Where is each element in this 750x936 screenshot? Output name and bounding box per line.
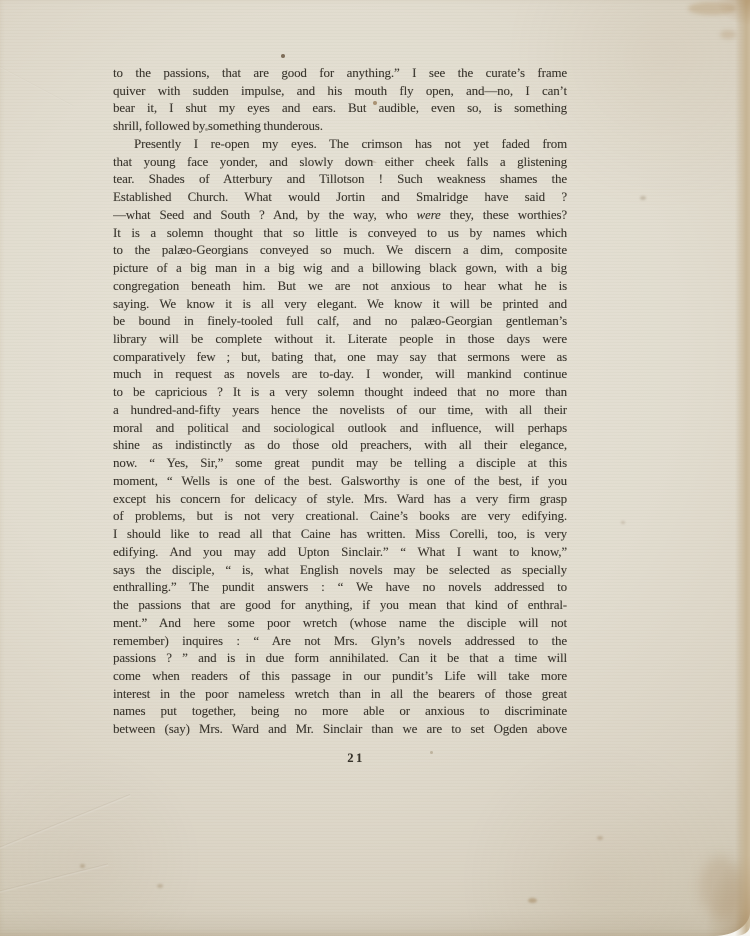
text-line: says the disciple, “ is, what English no… (113, 562, 567, 580)
book-page-scan: to the passions, that are good for anyth… (0, 0, 750, 936)
text-line: be bound in finely-tooled full calf, and… (113, 313, 567, 331)
paper-stain (157, 884, 163, 888)
paper-crease (0, 864, 109, 896)
text-line: come when readers of this passage in our… (113, 668, 567, 686)
text-line: ment.” And here some poor wretch (whose … (113, 615, 567, 633)
text-line: to the palæo-Georgians conveyed so much.… (113, 242, 567, 260)
text-line: bear it, I shut my eyes and ears. But au… (113, 100, 567, 118)
text-line: shine as indistinctly as do those old pr… (113, 437, 567, 455)
text-line: a hundred-and-fifty years hence the nove… (113, 402, 567, 420)
text-line: quiver with sudden impulse, and his mout… (113, 83, 567, 101)
text-segment: —what Seed and South ? And, by the way, … (113, 208, 417, 222)
text-segment: they, these worthies? (441, 208, 567, 222)
paper-crease (0, 63, 73, 107)
paper-stain (528, 898, 537, 903)
text-line: picture of a big man in a big wig and a … (113, 260, 567, 278)
text-line: edifying. And you may add Upton Sinclair… (113, 544, 567, 562)
text-line: library will be complete without it. Lit… (113, 331, 567, 349)
text-line: Established Church. What would Jortin an… (113, 189, 567, 207)
text-line: names put together, being no more able o… (113, 703, 567, 721)
paper-stain (80, 864, 85, 868)
text-line: saying. We know it is all very elegant. … (113, 296, 567, 314)
book-page: to the passions, that are good for anyth… (0, 0, 750, 936)
text-line: I should like to read all that Caine has… (113, 526, 567, 544)
text-line: between (say) Mrs. Ward and Mr. Sinclair… (113, 721, 567, 739)
text-line: now. “ Yes, Sir,” some great pundit may … (113, 455, 567, 473)
text-line: tear. Shades of Atterbury and Tillotson … (113, 171, 567, 189)
paper-stain (281, 54, 285, 58)
text-line: much in request as novels are to-day. I … (113, 366, 567, 384)
text-line: of problems, but is not very creational.… (113, 508, 567, 526)
text-line: enthralling.” The pundit answers : “ We … (113, 579, 567, 597)
page-edge (735, 0, 750, 936)
text-line: remember) inquires : “ Are not Mrs. Glyn… (113, 633, 567, 651)
text-line: shrill, followed by something thunderous… (113, 118, 567, 136)
text-line: that young face yonder, and slowly down … (113, 154, 567, 172)
text-line: congregation beneath him. But we are not… (113, 278, 567, 296)
text-line: —what Seed and South ? And, by the way, … (113, 207, 567, 225)
text-line: passions ? ” and is in due form annihila… (113, 650, 567, 668)
text-line: except his concern for delicacy of style… (113, 491, 567, 509)
paper-stain (640, 196, 646, 200)
paper-stain (621, 521, 625, 524)
paper-crease (0, 794, 131, 853)
text-line: It is a solemn thought that so little is… (113, 225, 567, 243)
text-line: to be capricious ? It is a very solemn t… (113, 384, 567, 402)
text-line: interest in the poor nameless wretch tha… (113, 686, 567, 704)
paper-stain (720, 30, 736, 39)
text-line: moral and political and sociological out… (113, 420, 567, 438)
text-line: moment, “ Wells is one of the best. Gals… (113, 473, 567, 491)
text-line: the passions that are good for anything,… (113, 597, 567, 615)
page-number: 21 (129, 751, 583, 766)
bottom-shade (0, 910, 750, 936)
italic-text: were (417, 208, 441, 222)
text-block: to the passions, that are good for anyth… (113, 65, 567, 739)
text-line: Presently I re-open my eyes. The crimson… (113, 136, 567, 154)
text-line: to the passions, that are good for anyth… (113, 65, 567, 83)
paper-stain (597, 836, 603, 840)
text-line: comparatively few ; but, bating that, on… (113, 349, 567, 367)
page-edge-shadow-top (716, 0, 750, 26)
